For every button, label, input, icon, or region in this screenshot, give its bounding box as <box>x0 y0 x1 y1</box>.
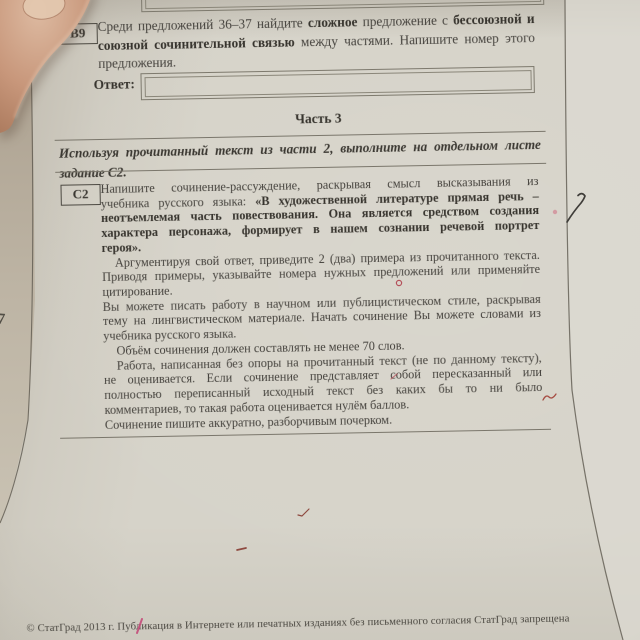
task-label-b9-text: В9 <box>70 25 85 40</box>
answer-input-box <box>140 66 534 100</box>
footer-copyright: © СтатГрад 2013 г. Публикация в Интернет… <box>25 612 570 634</box>
task-label-c2-text: С2 <box>73 186 89 201</box>
photo-of-exam-page: 7 В9 Среди предложений 36–37 найдите сло… <box>0 0 640 640</box>
task-c2-text: Напишите сочинение-рассуждение, раскрыва… <box>100 174 543 432</box>
answer-input-box-inner <box>144 70 531 97</box>
part3-title: Часть 3 <box>72 106 564 131</box>
previous-answer-box-inner <box>144 0 540 9</box>
task-label-c2: С2 <box>60 184 100 206</box>
task-label-b9: В9 <box>58 23 98 45</box>
exam-sheet: В9 Среди предложений 36–37 найдите сложн… <box>0 0 640 640</box>
answer-label: Ответ: <box>94 76 136 93</box>
task-b9-text: Среди предложений 36–37 найдите сложное … <box>97 10 535 74</box>
